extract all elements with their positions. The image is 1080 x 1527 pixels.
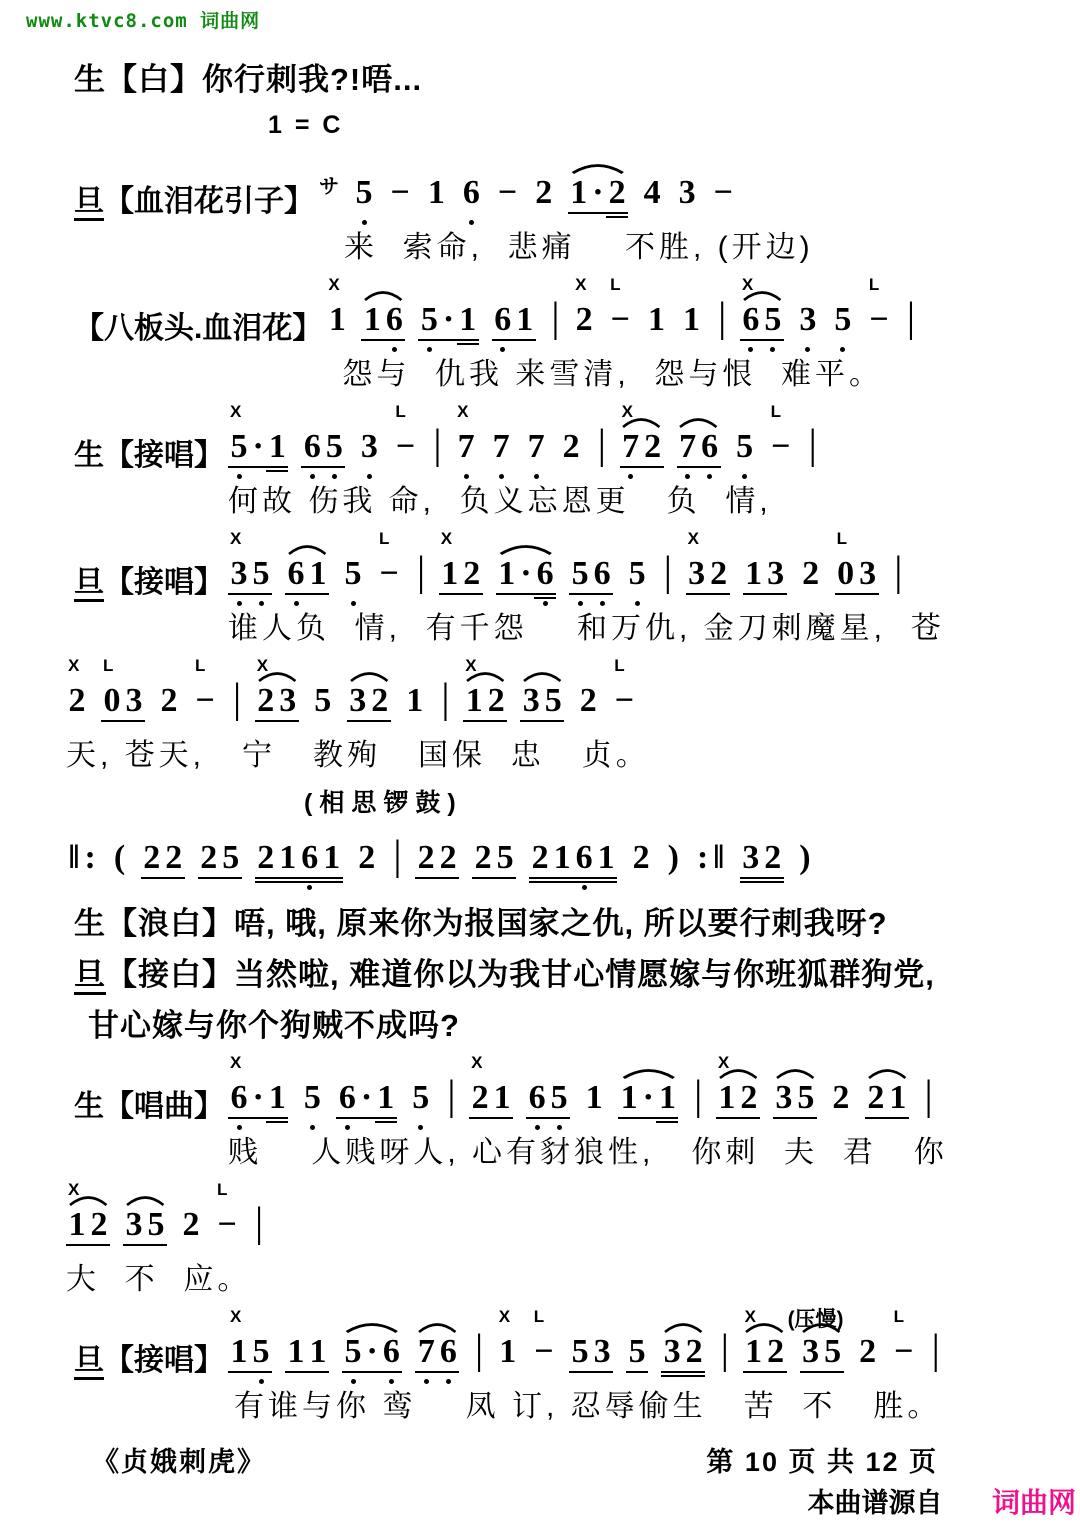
beat-mark: L (894, 1307, 910, 1327)
note-token: 3 (676, 148, 698, 227)
note-char: 1 (66, 1208, 88, 1259)
note-char: 1 (645, 303, 667, 354)
note-char: 1 (743, 557, 765, 608)
note-char: 6 (740, 303, 762, 354)
note-char: 2 (560, 430, 582, 481)
note-chars: 7 (525, 430, 547, 481)
notes-block: X2L032L−|X235321|X12352L−天, 苍天, 宁 教殉 国保 … (66, 656, 650, 775)
barline-token: | (806, 402, 819, 481)
note-token: 5 (301, 1053, 323, 1132)
note-chars: | (904, 303, 917, 354)
beat-mark: L (534, 1307, 550, 1327)
note-char: | (661, 557, 674, 608)
note-char: 6 (383, 303, 405, 354)
note-token: 3 (797, 275, 819, 354)
note-token: 2 (800, 529, 822, 608)
note-char: 1 (277, 841, 299, 892)
role-label: 生 (74, 1090, 104, 1123)
note-token: ‖: (66, 813, 98, 892)
note-char: | (431, 430, 444, 481)
note-token: 5 (626, 529, 648, 608)
note-chars: 4 (641, 176, 663, 227)
note-chars: 76 (415, 1335, 459, 1386)
note-chars: 65 (740, 303, 784, 354)
note-chars: 76 (677, 430, 721, 481)
octave-dot (418, 1125, 423, 1130)
note-chars: 5·1 (228, 430, 288, 481)
note-char: 1 (266, 1081, 288, 1132)
note-chars: | (472, 1335, 485, 1386)
notation-row: X5·1653L−|X7772|X72765L−| (228, 402, 830, 481)
note-char: 6 (573, 841, 595, 892)
note-char: 6 (380, 1335, 402, 1386)
note-token: 22 (415, 813, 459, 892)
note-chars: 15 (228, 1335, 272, 1386)
note-token: L− (393, 402, 417, 481)
note-char: 2 (800, 557, 822, 608)
note-char: 2 (472, 841, 494, 892)
note-token: 5 (312, 656, 334, 735)
note-token: 2 (158, 656, 180, 735)
note-chars: 1 (497, 1335, 519, 1386)
note-chars: ‖: (66, 841, 98, 892)
note-char: − (711, 176, 735, 227)
note-chars: ) (665, 841, 681, 892)
note-char: 6 (301, 430, 323, 481)
note-char: 5 (626, 1335, 648, 1386)
note-token: 5 (734, 402, 756, 481)
note-chars: − (892, 1335, 916, 1386)
note-char: 1 (887, 1081, 909, 1132)
note-token: 1 (425, 148, 447, 227)
beat-mark: X (688, 529, 705, 549)
note-chars: 35 (228, 557, 272, 608)
notation-row: X15115·676|X1L−53532|X12(压慢)352L−| (228, 1307, 953, 1386)
octave-dot (367, 474, 372, 479)
note-char: 2 (577, 684, 599, 735)
note-char: | (806, 430, 819, 481)
note-char: 2 (469, 1081, 491, 1132)
note-chars: 1 (680, 303, 702, 354)
note-chars: 2161 (529, 841, 617, 892)
note-char: 1 (497, 1335, 519, 1386)
note-char: | (715, 303, 728, 354)
note-token: ( (111, 813, 127, 892)
note-char: 6 (285, 557, 307, 608)
notes-block: X35615L−|X121·6565|X32132L03|谁人负 情, 有千怨 … (228, 529, 945, 648)
octave-dot (389, 1379, 394, 1384)
octave-dot (294, 601, 299, 606)
note-chars: 35 (520, 684, 564, 735)
note-token: L− (532, 1307, 556, 1386)
barline-token: | (391, 813, 404, 892)
note-chars: 2 (630, 841, 652, 892)
octave-dot (351, 601, 356, 606)
note-char: 2 (88, 1208, 110, 1259)
music-line-label: 旦【接唱】 (74, 1307, 224, 1379)
note-chars: 22 (415, 841, 459, 892)
note-char: ( (111, 841, 127, 892)
note-char: − (215, 1208, 239, 1259)
note-char: 1 (375, 1081, 397, 1132)
notation-row: サ5−16−21·243− (318, 148, 814, 227)
note-token: 65 (526, 1053, 570, 1132)
dialog-text: 你行刺我?!唔... (202, 62, 422, 97)
note-char: 5 (312, 684, 334, 735)
note-char: 2 (356, 841, 378, 892)
note-chars: 35 (773, 1081, 817, 1132)
note-char: 1 (439, 557, 461, 608)
octave-dot (543, 601, 548, 606)
note-char: | (252, 1208, 265, 1259)
octave-dot (500, 347, 505, 352)
note-char: 0 (101, 684, 123, 735)
note-chars: 72 (620, 430, 664, 481)
note-token: L− (193, 656, 217, 735)
octave-dot (351, 1379, 356, 1384)
note-char: − (867, 303, 891, 354)
beat-mark: X (471, 1053, 488, 1073)
lyrics-line: 天, 苍天, 宁 教殉 国保 忠 贞。 (66, 737, 650, 775)
note-token: 5 (626, 1307, 648, 1386)
note-char: · (250, 430, 266, 481)
beat-mark: X (457, 402, 474, 422)
note-char: 1 (285, 1335, 307, 1386)
note-char: 1 (361, 303, 383, 354)
octave-dot (600, 601, 605, 606)
note-chars: 1 (404, 684, 426, 735)
music-line-label: 生【唱曲】 (74, 1053, 224, 1125)
note-char: 2 (865, 1081, 887, 1132)
note-token: X15 (228, 1307, 272, 1386)
note-token: 5 (410, 1053, 432, 1132)
music-line-tag: 【接唱】 (104, 1344, 224, 1377)
note-char: 1 (404, 684, 426, 735)
note-chars: | (431, 430, 444, 481)
note-token: 1·2 (568, 148, 628, 227)
note-char: 5 (626, 557, 648, 608)
note-char: | (691, 1081, 704, 1132)
octave-dot (635, 601, 640, 606)
note-char: 1 (457, 303, 479, 354)
note-char: 1 (595, 841, 617, 892)
music-line: X2L032L−|X235321|X12352L−天, 苍天, 宁 教殉 国保 … (62, 656, 1080, 775)
beat-mark: X (441, 529, 458, 549)
note-chars: 12 (716, 1081, 760, 1132)
slur-arc (621, 1066, 677, 1079)
note-char: 1 (568, 176, 590, 227)
note-char: 5 (145, 1208, 167, 1259)
notes-block: (相思锣鼓)‖:(222521612|222521612):‖32) (66, 783, 826, 892)
note-char: 2 (437, 841, 459, 892)
role-label: 旦 (74, 957, 106, 995)
note-chars: 2 (800, 557, 822, 608)
note-char: 1 (326, 303, 348, 354)
note-char: − (608, 303, 632, 354)
beat-mark: L (869, 275, 885, 295)
notation-row: X1165·161|X2L−11|X6535L−| (326, 275, 928, 354)
note-char: − (612, 684, 636, 735)
slur-arc (344, 1320, 400, 1333)
note-char: 7 (620, 430, 642, 481)
note-chars: 25 (472, 841, 516, 892)
barline-token: | (549, 275, 562, 354)
footer-page-number: 第 10 页 共 12 页 (706, 1440, 938, 1479)
note-chars: 35 (123, 1208, 167, 1259)
music-line: 旦【接唱】X15115·676|X1L−53532|X12(压慢)352L−|有… (64, 1307, 1080, 1426)
note-char: 6 (526, 1081, 548, 1132)
note-char: 2 (158, 684, 180, 735)
note-chars: 25 (198, 841, 242, 892)
note-chars: − (215, 1208, 239, 1259)
footer-title: 《贞娥刺虎》 (92, 1440, 266, 1479)
note-chars: 3 (676, 176, 698, 227)
note-chars: 03 (835, 557, 879, 608)
barline-token: | (472, 1307, 485, 1386)
note-char: 6 (492, 303, 514, 354)
note-chars: 5 (626, 557, 648, 608)
octave-dot (685, 474, 690, 479)
note-char: 3 (740, 841, 762, 892)
note-char: 6 (299, 841, 321, 892)
percussion-annotation: (相思锣鼓) (304, 783, 826, 817)
note-token: 1·6 (496, 529, 556, 608)
notes-block: X15115·676|X1L−53532|X12(压慢)352L−|有谁与你 鸾… (228, 1307, 953, 1426)
role-label: 旦 (74, 185, 104, 221)
note-chars: 32 (740, 841, 784, 892)
barline-token: | (445, 1053, 458, 1132)
note-char: 2 (66, 684, 88, 735)
barline-token: | (892, 529, 905, 608)
note-char: − (393, 430, 417, 481)
note-token: 76 (415, 1307, 459, 1386)
note-chars: 1 (326, 303, 348, 354)
note-char: 6 (699, 430, 721, 481)
note-char: 2 (857, 1335, 879, 1386)
note-char: 6 (534, 557, 556, 608)
credit-brand: 词曲网 (992, 1487, 1076, 1518)
slur-arc (417, 1320, 457, 1333)
note-char: 3 (591, 1335, 613, 1386)
barline-token: | (414, 529, 427, 608)
octave-dot (259, 601, 264, 606)
note-token: − (711, 148, 735, 227)
note-char: 2 (606, 176, 628, 227)
note-char: 1 (514, 303, 536, 354)
credit-line: 本曲谱源自 词曲网 (807, 1481, 1076, 1521)
note-char: · (640, 1081, 656, 1132)
notes-block: サ5−16−21·243−来 索命, 悲痛 不胜, (开边) (318, 148, 814, 267)
note-chars: 22 (141, 841, 185, 892)
note-char: 2 (630, 841, 652, 892)
note-chars: | (806, 430, 819, 481)
note-char: 1 (656, 1081, 678, 1132)
note-chars: | (391, 841, 404, 892)
dialog-continuation-line: 甘心嫁与你个狗贼不成吗? (88, 1000, 1080, 1045)
note-token: L− (892, 1307, 916, 1386)
beat-mark: X (230, 1307, 247, 1327)
note-char: · (250, 1081, 266, 1132)
beat-mark: L (195, 656, 211, 676)
note-char: 5 (762, 303, 784, 354)
barline-token: | (431, 402, 444, 481)
music-line: 生【接唱】X5·1653L−|X7772|X72765L−|何故 伤我 命, 负… (64, 402, 1080, 521)
dialog-tag: 【接白】 (106, 957, 234, 992)
note-char: | (391, 841, 404, 892)
note-chars: 12 (439, 557, 483, 608)
note-chars: − (377, 557, 401, 608)
note-char: 5 (548, 1081, 570, 1132)
note-chars: | (661, 557, 674, 608)
note-token: X21 (469, 1053, 513, 1132)
note-chars: 5 (410, 1081, 432, 1132)
note-token: 32 (661, 1307, 705, 1386)
note-char: 1 (551, 841, 573, 892)
note-chars: 7 (490, 430, 512, 481)
note-char: 7 (677, 430, 699, 481)
note-token: 5·1 (418, 275, 478, 354)
note-token: 32 (740, 813, 784, 892)
note-char: 3 (347, 684, 369, 735)
note-char: 2 (529, 841, 551, 892)
octave-dot (742, 474, 747, 479)
note-char: 2 (255, 841, 277, 892)
slur-arc (68, 1193, 108, 1206)
note-char: 3 (358, 430, 380, 481)
note-char: 5 (301, 1081, 323, 1132)
note-chars: 5·1 (418, 303, 478, 354)
note-chars: | (595, 430, 608, 481)
note-token: 2 (533, 148, 555, 227)
note-char: 3 (661, 1335, 683, 1386)
music-line-tag: 【血泪花引子】 (104, 185, 314, 218)
note-token: ) (797, 813, 813, 892)
dialog-line: 旦【接白】当然啦, 难道你以为我甘心情愿嫁与你班狐群狗党, (74, 949, 1080, 994)
note-char: 5 (228, 430, 250, 481)
note-chars: 2 (830, 1081, 852, 1132)
note-token: 25 (472, 813, 516, 892)
note-char: 3 (520, 684, 542, 735)
note-token: 7 (490, 402, 512, 481)
note-char: 3 (686, 557, 708, 608)
note-char: − (892, 1335, 916, 1386)
note-char: 2 (163, 841, 185, 892)
barline-token: | (922, 1053, 935, 1132)
note-token: 61 (492, 275, 536, 354)
note-chars: 6·1 (336, 1081, 396, 1132)
key-signature: 1 = C (268, 111, 1080, 140)
note-token: L− (377, 529, 401, 608)
note-char: 3 (676, 176, 698, 227)
note-char: 5 (494, 841, 516, 892)
note-chars: 5 (832, 303, 854, 354)
note-char: 1 (496, 557, 518, 608)
note-char: 5 (734, 430, 756, 481)
note-chars: 32 (347, 684, 391, 735)
note-chars: 7 (455, 430, 477, 481)
note-char: 3 (123, 684, 145, 735)
note-chars: 1·6 (496, 557, 556, 608)
barline-token: | (230, 656, 243, 735)
note-char: 5 (250, 1335, 272, 1386)
note-chars: | (414, 557, 427, 608)
lyrics-line: 何故 伤我 命, 负义忘恩更 负 情, (228, 483, 830, 521)
octave-dot (446, 1379, 451, 1384)
note-char: 2 (198, 841, 220, 892)
beat-mark: L (614, 656, 630, 676)
note-char: 6 (437, 1335, 459, 1386)
note-chars: − (608, 303, 632, 354)
beat-mark: X (230, 1053, 247, 1073)
note-char: 2 (415, 841, 437, 892)
notes-block: X6·156·15|X216511·1|X1235221|贱 人贱呀人, 心有豺… (228, 1053, 948, 1172)
octave-dot (840, 347, 845, 352)
note-token: X6·1 (228, 1053, 288, 1132)
note-token: 56 (569, 529, 613, 608)
beat-mark: L (379, 529, 395, 549)
note-token: 2 (560, 402, 582, 481)
note-token: 7 (525, 402, 547, 481)
note-chars: − (393, 430, 417, 481)
note-chars: 1·2 (568, 176, 628, 227)
octave-dot (534, 474, 539, 479)
note-char: 5 (220, 841, 242, 892)
note-char: 2 (180, 1208, 202, 1259)
note-token: 1·1 (618, 1053, 678, 1132)
note-chars: 2161 (255, 841, 343, 892)
note-chars: ) (797, 841, 813, 892)
note-chars: − (711, 176, 735, 227)
octave-dot (345, 1125, 350, 1130)
note-chars: | (230, 684, 243, 735)
note-char: 1 (463, 684, 485, 735)
note-token: 2 (356, 813, 378, 892)
note-chars: 12 (66, 1208, 110, 1259)
slur-arc (718, 1066, 758, 1079)
lyrics-line: 谁人负 情, 有千怨 和万仇, 金刀刺魔星, 苍 (228, 610, 945, 648)
note-chars: | (445, 1081, 458, 1132)
note-char: 2 (255, 684, 277, 735)
notation-row: X2L032L−|X235321|X12352L− (66, 656, 650, 735)
note-char: 1 (228, 1335, 250, 1386)
lyrics-line: 贱 人贱呀人, 心有豺狼性, 你刺 夫 君 你 (228, 1134, 948, 1172)
note-token: 53 (569, 1307, 613, 1386)
note-token: 13 (743, 529, 787, 608)
note-chars: | (549, 303, 562, 354)
note-token: 5·6 (342, 1307, 402, 1386)
note-token: L− (769, 402, 793, 481)
note-char: · (590, 176, 606, 227)
note-char: 5 (542, 684, 564, 735)
octave-dot (557, 1125, 562, 1130)
note-chars: 03 (101, 684, 145, 735)
note-char: − (193, 684, 217, 735)
note-char: 2 (533, 176, 555, 227)
note-token: L− (612, 656, 636, 735)
dialog-line: 生【浪白】唔, 哦, 原来你为报国家之仇, 所以要行刺我呀? (74, 898, 1080, 943)
note-token: X23 (255, 656, 299, 735)
notes-block: X1165·161|X2L−11|X6535L−|怨与 仇我 来雪清, 怨与恨 … (326, 275, 928, 394)
beat-mark: L (395, 402, 411, 422)
octave-dot (464, 474, 469, 479)
notation-row: ‖:(222521612|222521612):‖32) (66, 813, 826, 892)
note-char: 2 (738, 1081, 760, 1132)
dialog-text: 当然啦, 难道你以为我甘心情愿嫁与你班狐群狗党, (234, 957, 935, 992)
role-label: 旦 (74, 1344, 104, 1380)
note-token: ) (665, 813, 681, 892)
role-label: 生 (74, 439, 104, 472)
note-char: : (694, 841, 710, 892)
